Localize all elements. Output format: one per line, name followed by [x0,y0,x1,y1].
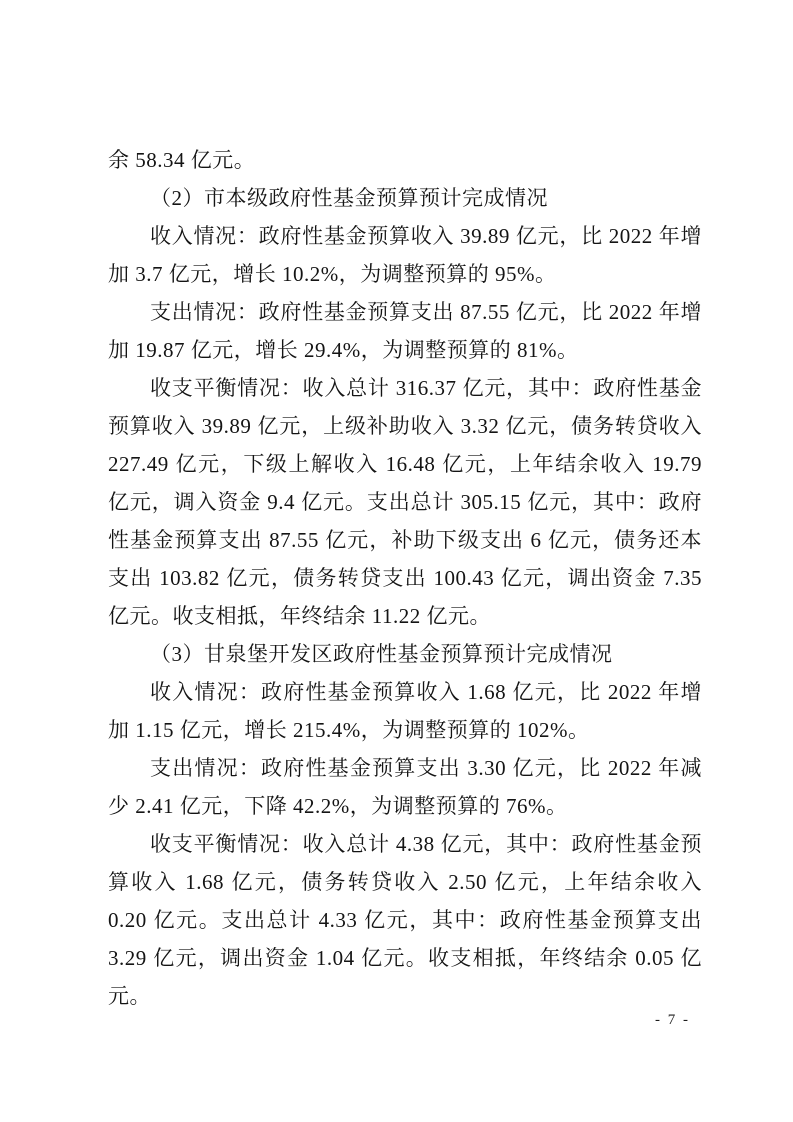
body-paragraph-income: 收入情况：政府性基金预算收入 39.89 亿元，比 2022 年增加 3.7 亿… [108,217,702,293]
body-paragraph-continuation: 余 58.34 亿元。 [108,141,702,179]
document-page: 余 58.34 亿元。 （2）市本级政府性基金预算预计完成情况 收入情况：政府性… [0,0,793,1122]
body-paragraph-expenditure-2: 支出情况：政府性基金预算支出 3.30 亿元，比 2022 年减少 2.41 亿… [108,749,702,825]
body-paragraph-expenditure: 支出情况：政府性基金预算支出 87.55 亿元，比 2022 年增加 19.87… [108,293,702,369]
section-heading-3: （3）甘泉堡开发区政府性基金预算预计完成情况 [108,635,702,673]
body-paragraph-balance-2: 收支平衡情况：收入总计 4.38 亿元，其中：政府性基金预算收入 1.68 亿元… [108,825,702,1015]
document-content: 余 58.34 亿元。 （2）市本级政府性基金预算预计完成情况 收入情况：政府性… [108,141,702,1015]
page-footer: - 7 - [108,1012,702,1029]
page-number: - 7 - [655,1012,690,1028]
body-paragraph-income-2: 收入情况：政府性基金预算收入 1.68 亿元，比 2022 年增加 1.15 亿… [108,673,702,749]
body-paragraph-balance: 收支平衡情况：收入总计 316.37 亿元，其中：政府性基金预算收入 39.89… [108,369,702,635]
section-heading-2: （2）市本级政府性基金预算预计完成情况 [108,179,702,217]
